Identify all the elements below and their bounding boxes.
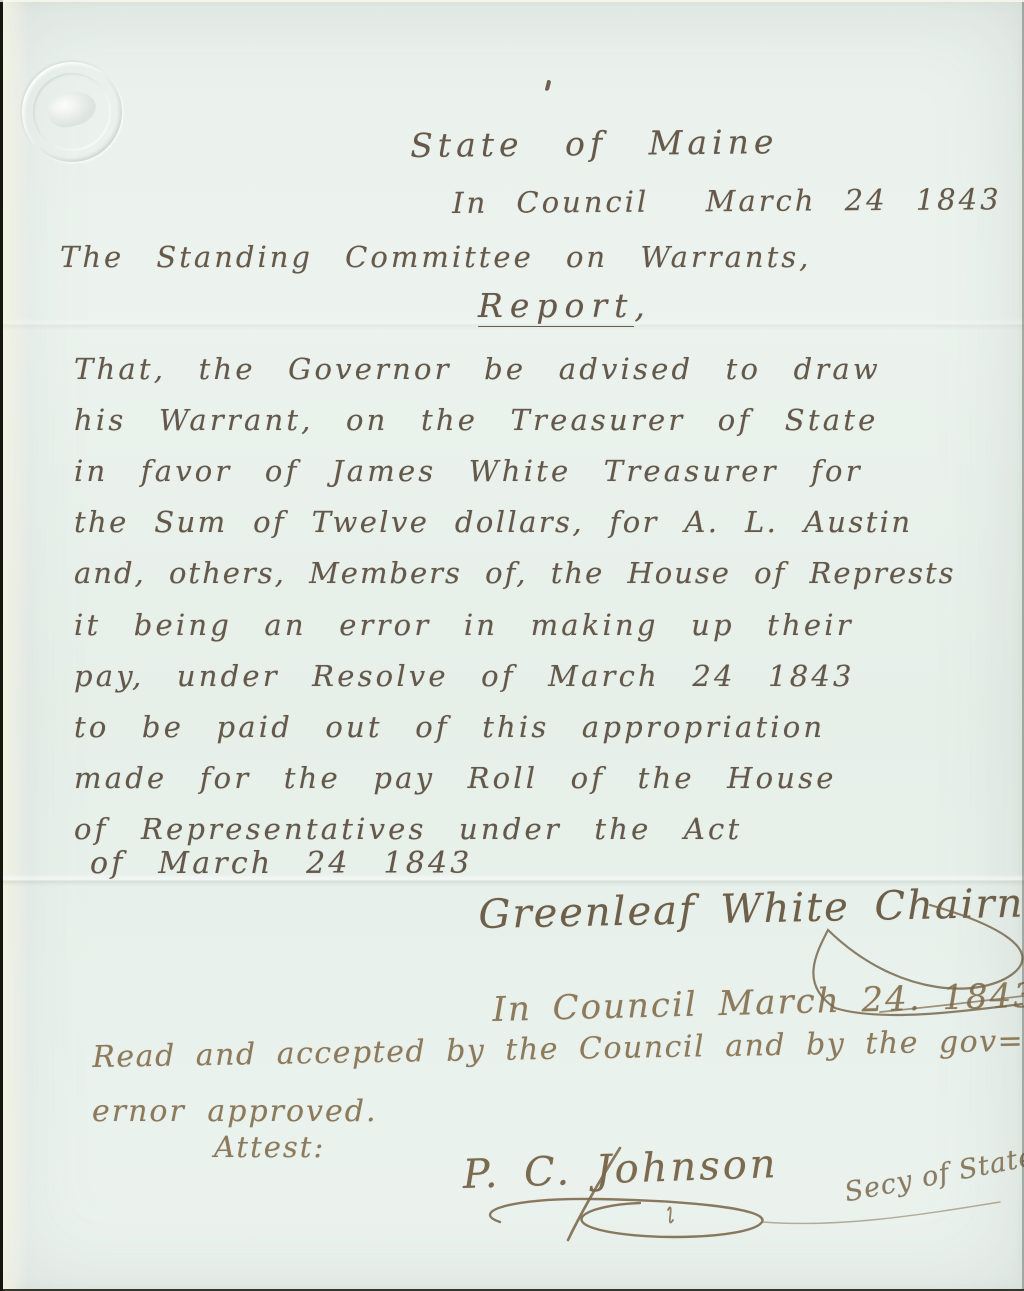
body-line: it being an error in making up their [74,608,854,642]
body-line: That, the Governor be advised to draw [74,352,881,386]
stray-ink-mark [545,80,552,92]
chair-signature: Greenleaf White Chairn [478,881,1024,938]
embossed-seal [22,62,122,162]
report-comma: , [634,286,652,325]
secretary-title: Secy of State. [842,1139,1024,1208]
body-line: of Representatives under the Act [74,812,742,846]
body-line: the Sum of Twelve dollars, for A. L. Aus… [74,505,912,539]
body-line: his Warrant, on the Treasurer of State [74,403,878,437]
body-line: pay, under Resolve of March 24 1843 [74,659,855,693]
closing-governor-approved: ernor approved. [92,1094,378,1129]
closing-in-council-date: In Council March 24. 1843 [492,976,1024,1030]
scan-edge-left [0,0,3,1291]
body-line: in favor of James White Treasurer for [74,454,863,488]
body-line: made for the pay Roll of the House [74,761,837,795]
secretary-signature: P. C. Johnson [462,1141,779,1198]
body-line: to be paid out of this appropriation [74,710,825,744]
heading-state: State of Maine [410,122,779,165]
document-page: State of Maine In Council March 24 1843 … [0,0,1024,1291]
heading-in-council-date: In Council March 24 1843 [452,182,1002,220]
closing-read-accepted: Read and accepted by the Council and by … [92,1024,1024,1075]
attest-label: Attest: [214,1130,325,1164]
report-word: Report [478,286,634,327]
report-title: Report, [478,286,652,325]
scan-edge-top [0,0,1024,2]
left-margin-light-band [3,0,29,1291]
body-line-date: of March 24 1843 [90,846,473,881]
heading-committee: The Standing Committee on Warrants, [60,240,811,274]
body-line: and, others, Members of, the House of Re… [74,556,956,590]
